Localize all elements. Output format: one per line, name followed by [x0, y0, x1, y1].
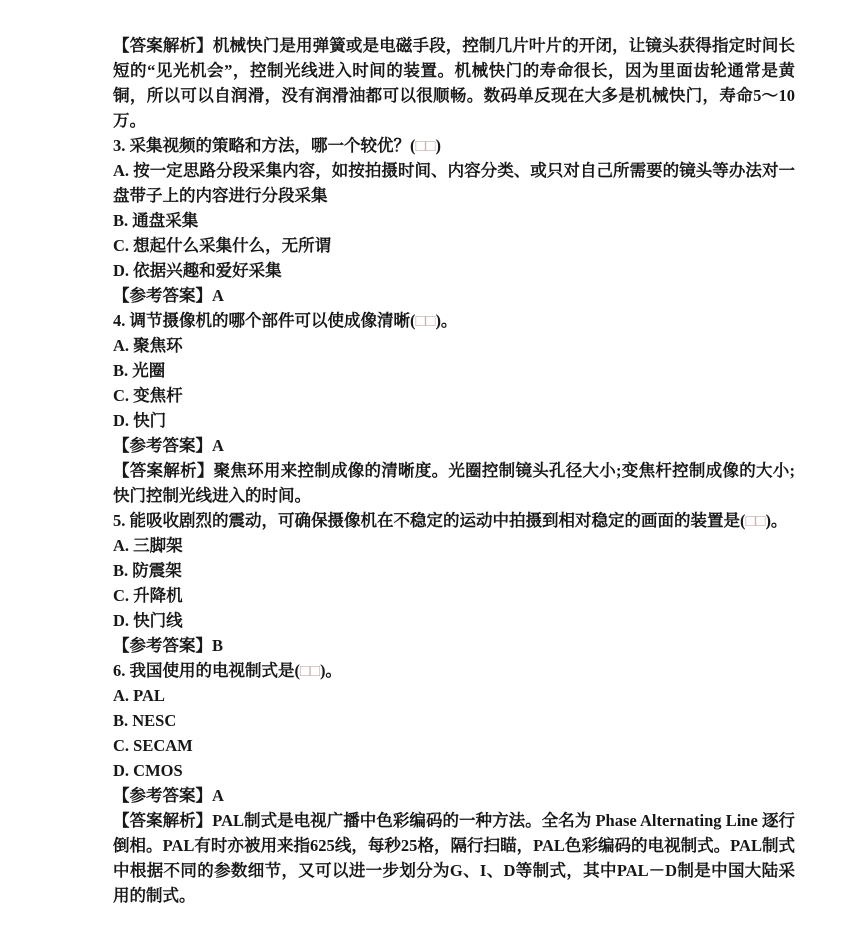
question-6-option-a: A. PAL — [113, 683, 795, 708]
question-6-option-b: B. NESC — [113, 708, 795, 733]
missing-glyph-box: □ — [746, 511, 756, 530]
question-6-answer-analysis: 【答案解析】PAL制式是电视广播中色彩编码的一种方法。全名为 Phase Alt… — [113, 808, 795, 908]
exam-text-block: 【答案解析】机械快门是用弹簧或是电磁手段，控制几片叶片的开闭，让镜头获得指定时间… — [113, 33, 795, 908]
question-4-option-b: B. 光圈 — [113, 358, 795, 383]
document-page: 【答案解析】机械快门是用弹簧或是电磁手段，控制几片叶片的开闭，让镜头获得指定时间… — [0, 0, 849, 936]
question-6-option-d: D. CMOS — [113, 758, 795, 783]
question-3-option-c: C. 想起什么采集什么，无所谓 — [113, 233, 795, 258]
missing-glyph-box: □ — [416, 311, 426, 330]
question-5-option-a: A. 三脚架 — [113, 533, 795, 558]
question-3-stem: 3. 采集视频的策略和方法，哪一个较优？(□□) — [113, 133, 795, 158]
question-4-option-a: A. 聚焦环 — [113, 333, 795, 358]
question-6-stem: 6. 我国使用的电视制式是(□□)。 — [113, 658, 795, 683]
missing-glyph-box: □ — [310, 661, 320, 680]
missing-glyph-box: □ — [425, 136, 435, 155]
missing-glyph-box: □ — [416, 136, 426, 155]
question-4-option-d: D. 快门 — [113, 408, 795, 433]
missing-glyph-box: □ — [425, 311, 435, 330]
question-6-reference-answer: 【参考答案】A — [113, 783, 795, 808]
question-4-stem: 4. 调节摄像机的哪个部件可以使成像清晰(□□)。 — [113, 308, 795, 333]
question-4-option-c: C. 变焦杆 — [113, 383, 795, 408]
answer-analysis-question-2: 【答案解析】机械快门是用弹簧或是电磁手段，控制几片叶片的开闭，让镜头获得指定时间… — [113, 33, 795, 133]
missing-glyph-box: □ — [755, 511, 765, 530]
question-3-reference-answer: 【参考答案】A — [113, 283, 795, 308]
question-4-reference-answer: 【参考答案】A — [113, 433, 795, 458]
question-5-stem: 5. 能吸收剧烈的震动，可确保摄像机在不稳定的运动中拍摄到相对稳定的画面的装置是… — [113, 508, 795, 533]
question-3-option-b: B. 通盘采集 — [113, 208, 795, 233]
question-5-reference-answer: 【参考答案】B — [113, 633, 795, 658]
question-5-option-d: D. 快门线 — [113, 608, 795, 633]
question-3-option-a: A. 按一定思路分段采集内容，如按拍摄时间、内容分类、或只对自己所需要的镜头等办… — [113, 158, 795, 208]
question-6-option-c: C. SECAM — [113, 733, 795, 758]
question-5-option-c: C. 升降机 — [113, 583, 795, 608]
question-3-option-d: D. 依据兴趣和爱好采集 — [113, 258, 795, 283]
question-4-answer-analysis: 【答案解析】聚焦环用来控制成像的清晰度。光圈控制镜头孔径大小;变焦杆控制成像的大… — [113, 458, 795, 508]
missing-glyph-box: □ — [300, 661, 310, 680]
question-5-option-b: B. 防震架 — [113, 558, 795, 583]
